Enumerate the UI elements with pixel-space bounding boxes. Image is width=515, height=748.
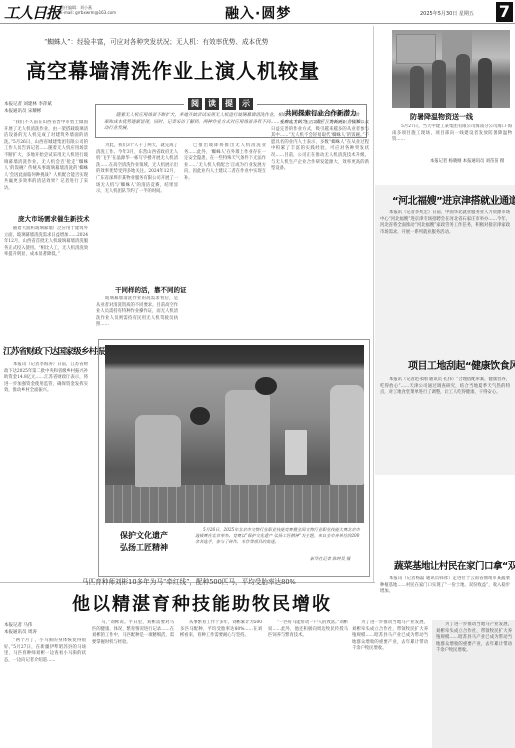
worker-figure [410,66,424,108]
section-title: 融入·圆梦 [225,3,291,23]
worker-head [190,407,210,425]
masthead: 工人日报 责任编辑：刘小燕 E-mail: grrbxwrm@163.com 融… [0,0,515,24]
worker-figure [225,390,270,485]
email-line: E-mail: grrbxwrm@163.com [60,10,116,15]
worker-figure [330,385,364,485]
bottom-col-4: “一匹好马能带动一户人的致富。”刘彬说……此外，他还积极向周边牧民传授马匹饲养与… [268,620,348,748]
side-story-2-headline: 项目工地刮起“健康饮食风” [408,357,515,372]
photo-title-line: 保护文化遗产 [120,530,168,542]
lead-col-2: 为此，我们3个人干了两天，就完成了清洗工作。今年3月，东营山西省政府无人机‘飞手… [96,143,178,281]
lead-subheading-3: 共同探索行业合作新潜力 [285,108,357,117]
side-story-3-text: 本报讯（记者杨磊 通讯员韩冰）走进位于云南省曲靖市某蔬菜种植基地……村民在家门口… [380,576,510,620]
byline-correspondent: 本报通讯员 宋耀彬 [4,108,52,115]
brick-wall [105,485,364,523]
photo-heat-relief [392,30,510,108]
tips-char: 示 [239,98,253,110]
reading-tips-title: 阅 读 提 示 [184,98,257,110]
photo-title-line: 弘扬工匠精神 [120,542,168,554]
issue-date: 2025年5月30日 星期五 [420,10,474,17]
lead-byline: 本报记者 刘建林 李萍斌 本报通讯员 宋耀彬 [4,101,52,115]
byline-reporter: 本报记者 马伟 [4,622,37,629]
bottom-byline: 本报记者 马伟 本报通讯员 周涛 [4,622,37,636]
building-shape [396,34,436,64]
lead-col-3: 已推出或即将推出无人机清洗业务……此外，‘蜘蛛人’在外墙上作业存在一定安全隐患，… [184,143,266,336]
stone-block [285,430,307,475]
worker-figure [456,54,470,108]
lead-subheading-1: 庞大市场需求催生新技术 [18,214,90,223]
tips-char: 阅 [188,98,202,110]
bottom-kicker: 马匹育种师刘彬10多年为马“牵红线”，配种500匹马，平均受胎率达80% [82,576,296,586]
bottom-col-1: “两个月了，小马驹的身体恢复得很好。”5月27日，在新疆伊犁昭苏县的马场里，马匹… [4,638,86,748]
byline-reporter: 本报记者 刘建林 李萍斌 [4,101,52,108]
lead-col-2b: 玻璃幕墙清洗作业的高需求背后，是从业者对清洗资质的不同要求。目前高空作业人员需持… [96,296,178,336]
side-story-1-text: 本报讯（记者李兆宏）日前，中国华北就业服务业人力资源市场中心“河北福嫂”进京津专… [380,210,510,332]
editor-info: 责任编辑：刘小燕 E-mail: grrbxwrm@163.com [60,5,116,15]
left-story-text: 本报讯（记者李海涛）日前，江苏省财政下达2025年第二批中央和省级乡村振兴补助资… [4,362,88,558]
bottom-col-2: 马，”刘彬说。平日里，刘彬需要对马匹的健康、体况、繁育情况进行记录……在刘彬的工… [92,620,174,748]
bottom-col-3: 从事繁育工作十多年，刘彬累计为500多匹马配种，平均受胎率达80%……在刘彬看来… [180,620,262,748]
worker-head [255,377,277,395]
worker-figure [478,58,492,108]
lead-kicker: “蜘蛛人”：经验丰富，可应对各种突发状况；无人机：有效率优势、成本优势 [44,36,268,46]
lead-col-1b: 随着大面积玻璃幕墙广泛应用于建筑外立面，玻璃幕墙清洗需求日益增加……2024年1… [4,226,88,304]
worker-figure [135,415,181,487]
worker-figure [432,60,446,108]
page-number: 7 [496,2,513,22]
photo-feature-title: 保护文化遗产 弘扬工匠精神 [120,530,168,554]
photo-caption-heat-relief: 防暑降温物资送一线 [410,112,473,122]
photo-feature-caption: 5月26日，2025年北京市文物行业职业技能竞赛暨全国文物行业职业技能大赛北京市… [195,527,363,546]
photo-craftsmen [105,345,364,523]
tips-char: 提 [222,98,236,110]
heat-relief-credit: 本报记者 杨晓刚 本报通讯员 刘苗苗 摄 [430,158,504,165]
lead-headline: 高空幕墙清洗作业上演人机较量 [26,55,320,84]
bottom-headline: 他以精湛育种技能助牧民增收 [72,590,332,616]
side-story-1-headline: “河北福嫂”进京津搭就业通道 [392,192,515,207]
newspaper-logo: 工人日报 [4,2,60,23]
tips-char: 读 [205,98,219,110]
byline-correspondent: 本报通讯员 周涛 [4,629,37,636]
lead-subheading-2: 干同样的活，靠不同的证 [115,285,187,294]
side-story-2-text: 本报讯（记者赵永刚 通讯员 孔伟）“合理搭配荤素，健康营养，吃得放心”……天津公… [380,377,510,555]
bottom-col-6: 为了进一步推动当地马产业发展，刘彬牵头成立合作社，带领牧民扩大养殖规模……昭苏县… [436,622,512,746]
lead-col-4: 在新能力的“生活清洁”、更高的职工技术以及日益完善的作业方式，吸引越来越多的从业… [271,120,369,336]
lead-col-3-carry [271,97,369,105]
photo-feature-credit: 新华社记者 陈钟昊 摄 [310,556,350,562]
heat-relief-text: 5月27日，当天中建工某集团有限公司海南分公司海口·海南多项目施工现场，项目部向… [392,124,512,158]
side-story-3-headline: 蔬菜基地让村民在家门口拿“双份收益” [394,558,515,572]
column-rule [373,26,374,582]
lead-col-1: “我们不久前在山西省晋中市剪土做国开展了无人机清洗作业，由一架搭载玻璃清洁设备的… [4,120,88,210]
bottom-col-5: 为了进一步推动当地马产业发展，刘彬牵头成立合作社，带领牧民扩大养殖规模……昭苏县… [352,620,428,748]
